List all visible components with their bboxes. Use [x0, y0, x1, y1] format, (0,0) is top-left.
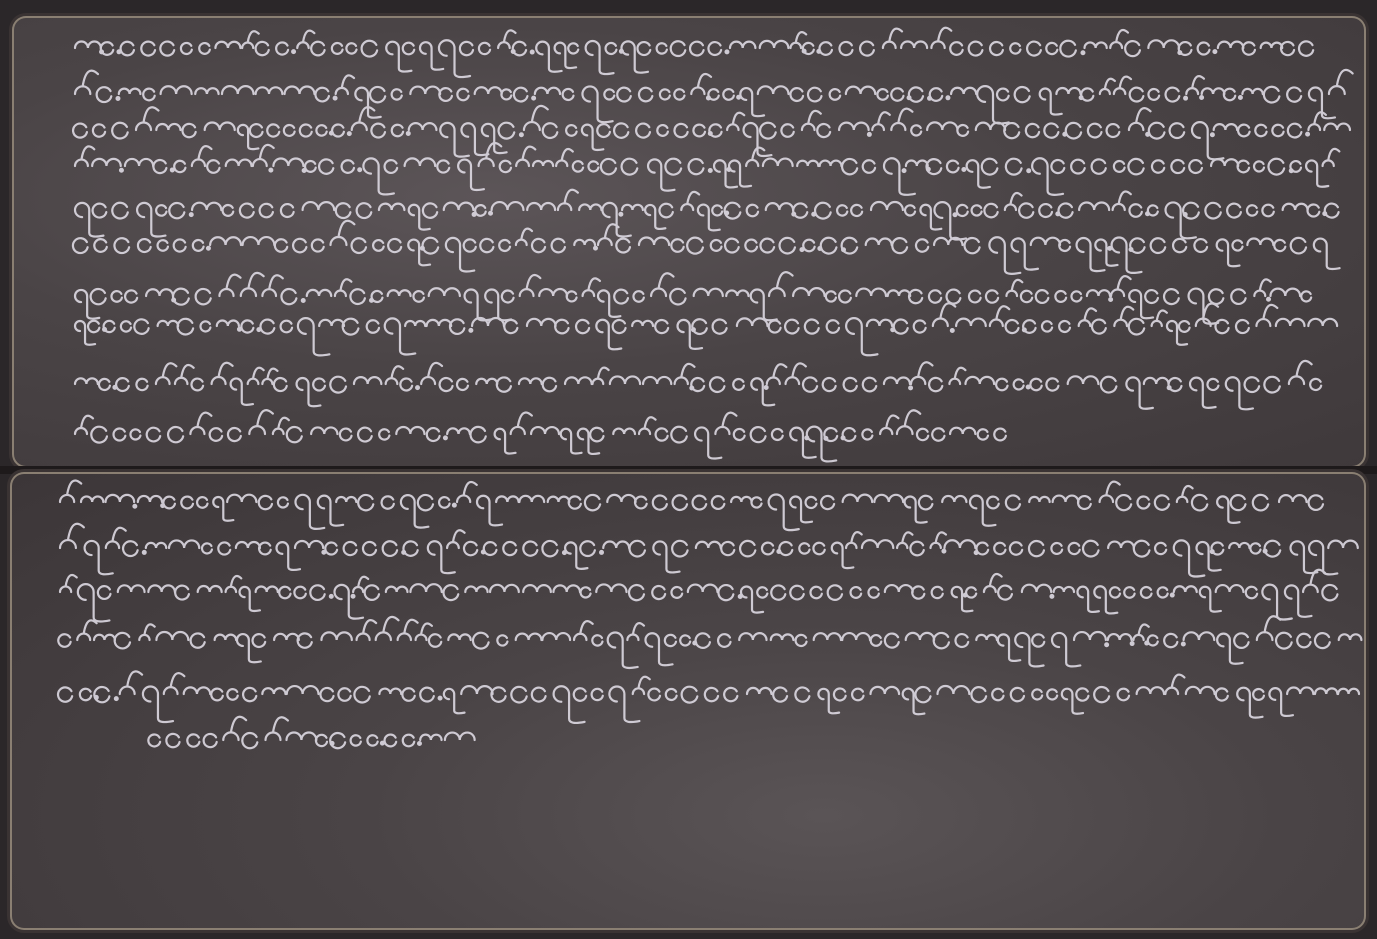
manuscript-board-lower: [10, 472, 1366, 930]
manuscript-board-upper: [12, 16, 1366, 468]
